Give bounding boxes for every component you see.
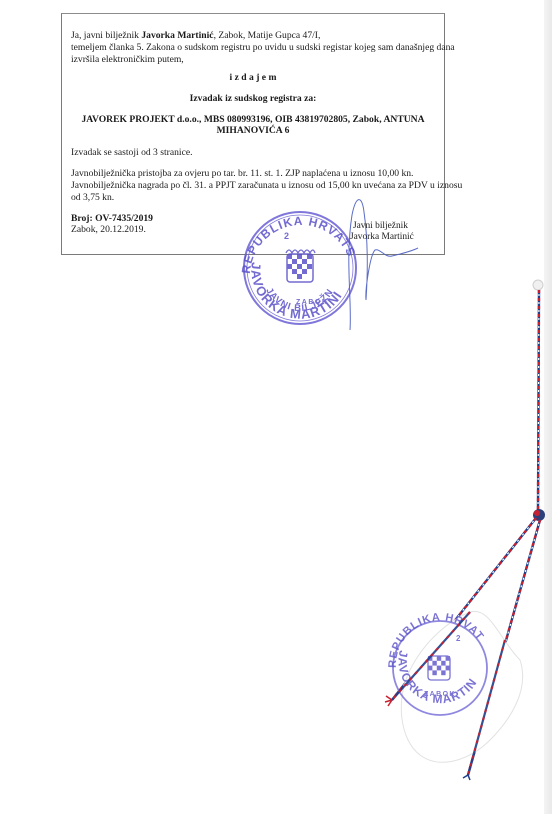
stamp-inner-text: JAVNI BILJEŽNIK — [0, 0, 336, 314]
coat-of-arms-icon — [286, 250, 315, 282]
seal-tag-bottom-text: JAVORKA MARTINIĆ — [0, 0, 480, 706]
signature-title: Javni bilježnik — [353, 221, 408, 232]
seal-tag-top-text: REPUBLIKA HRVATSKA — [0, 0, 486, 668]
seal-tag-number: 2 — [456, 634, 461, 643]
notary-stamp: REPUBLIKA HRVATSKA JAVORKA MARTINIĆ JAVN… — [0, 0, 552, 814]
svg-text:JAVORKA MARTINIĆ: JAVORKA MARTINIĆ — [0, 0, 480, 706]
stamp-town: ZABOK — [296, 299, 328, 306]
stamp-top-text: REPUBLIKA HRVATSKA — [0, 0, 359, 274]
seal-tag-coat-of-arms-icon — [428, 656, 450, 680]
svg-text:JAVNI BILJEŽNIK: JAVNI BILJEŽNIK — [0, 0, 336, 314]
seal-tag-town: ZABOK — [424, 691, 456, 698]
signature-scribble — [349, 200, 418, 330]
stamp-number: 2 — [284, 231, 289, 241]
svg-text:REPUBLIKA HRVATSKA: REPUBLIKA HRVATSKA — [0, 0, 486, 668]
svg-text:REPUBLIKA HRVATSKA: REPUBLIKA HRVATSKA — [0, 0, 359, 274]
signature-name: Javorka Martinić — [350, 232, 414, 243]
